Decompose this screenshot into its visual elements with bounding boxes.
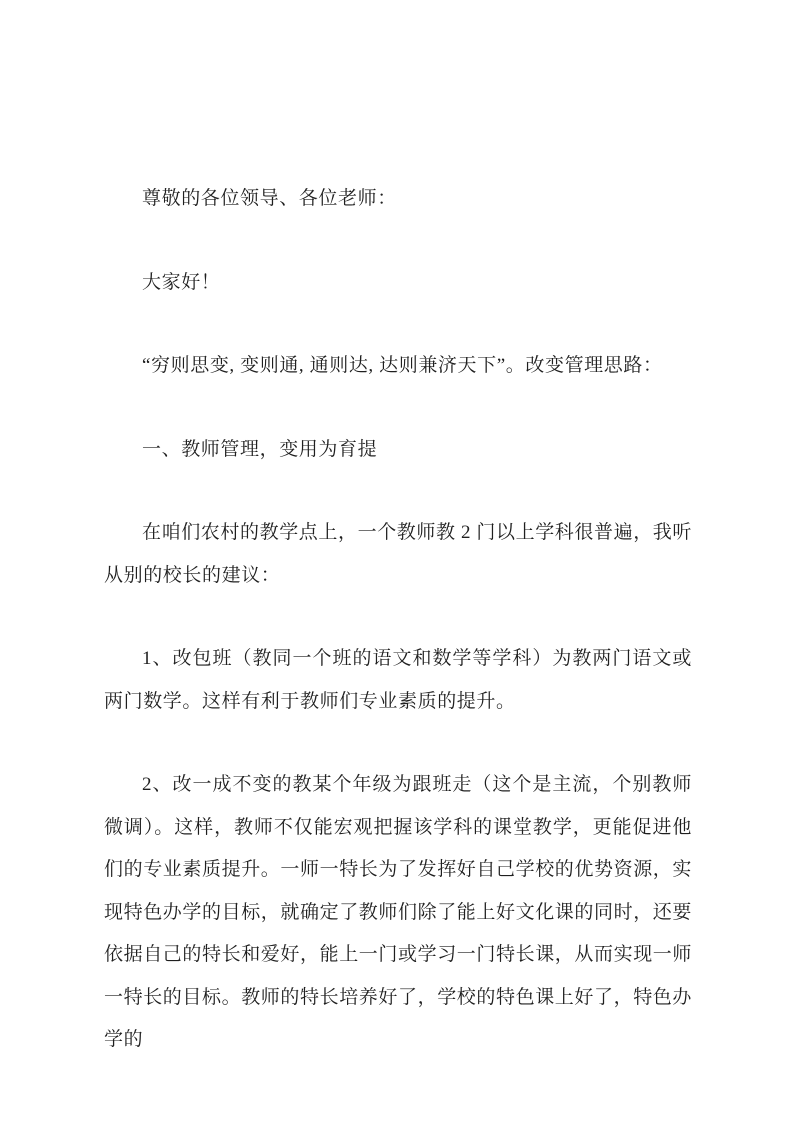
section-heading-1: 一、教师管理，变用为育提 [104,429,692,472]
salutation-line: 尊敬的各位领导、各位老师： [104,178,692,221]
paragraph-point-1: 1、改包班（教同一个班的语文和数学等学科）为教两门语文或两门数学。这样有利于教师… [104,638,692,723]
quote-line: “穷则思变, 变则通, 通则达, 达则兼济天下”。改变管理思路： [104,345,692,388]
greeting-line: 大家好！ [104,262,692,305]
document-page: 尊敬的各位领导、各位老师： 大家好！ “穷则思变, 变则通, 通则达, 达则兼济… [0,0,793,1122]
paragraph-point-2: 2、改一成不变的教某个年级为跟班走（这个是主流，个别教师微调）。这样，教师不仅能… [104,764,692,1062]
paragraph-rural-teaching: 在咱们农村的教学点上，一个教师教 2 门以上学科很普遍，我听从别的校长的建议： [104,512,692,597]
